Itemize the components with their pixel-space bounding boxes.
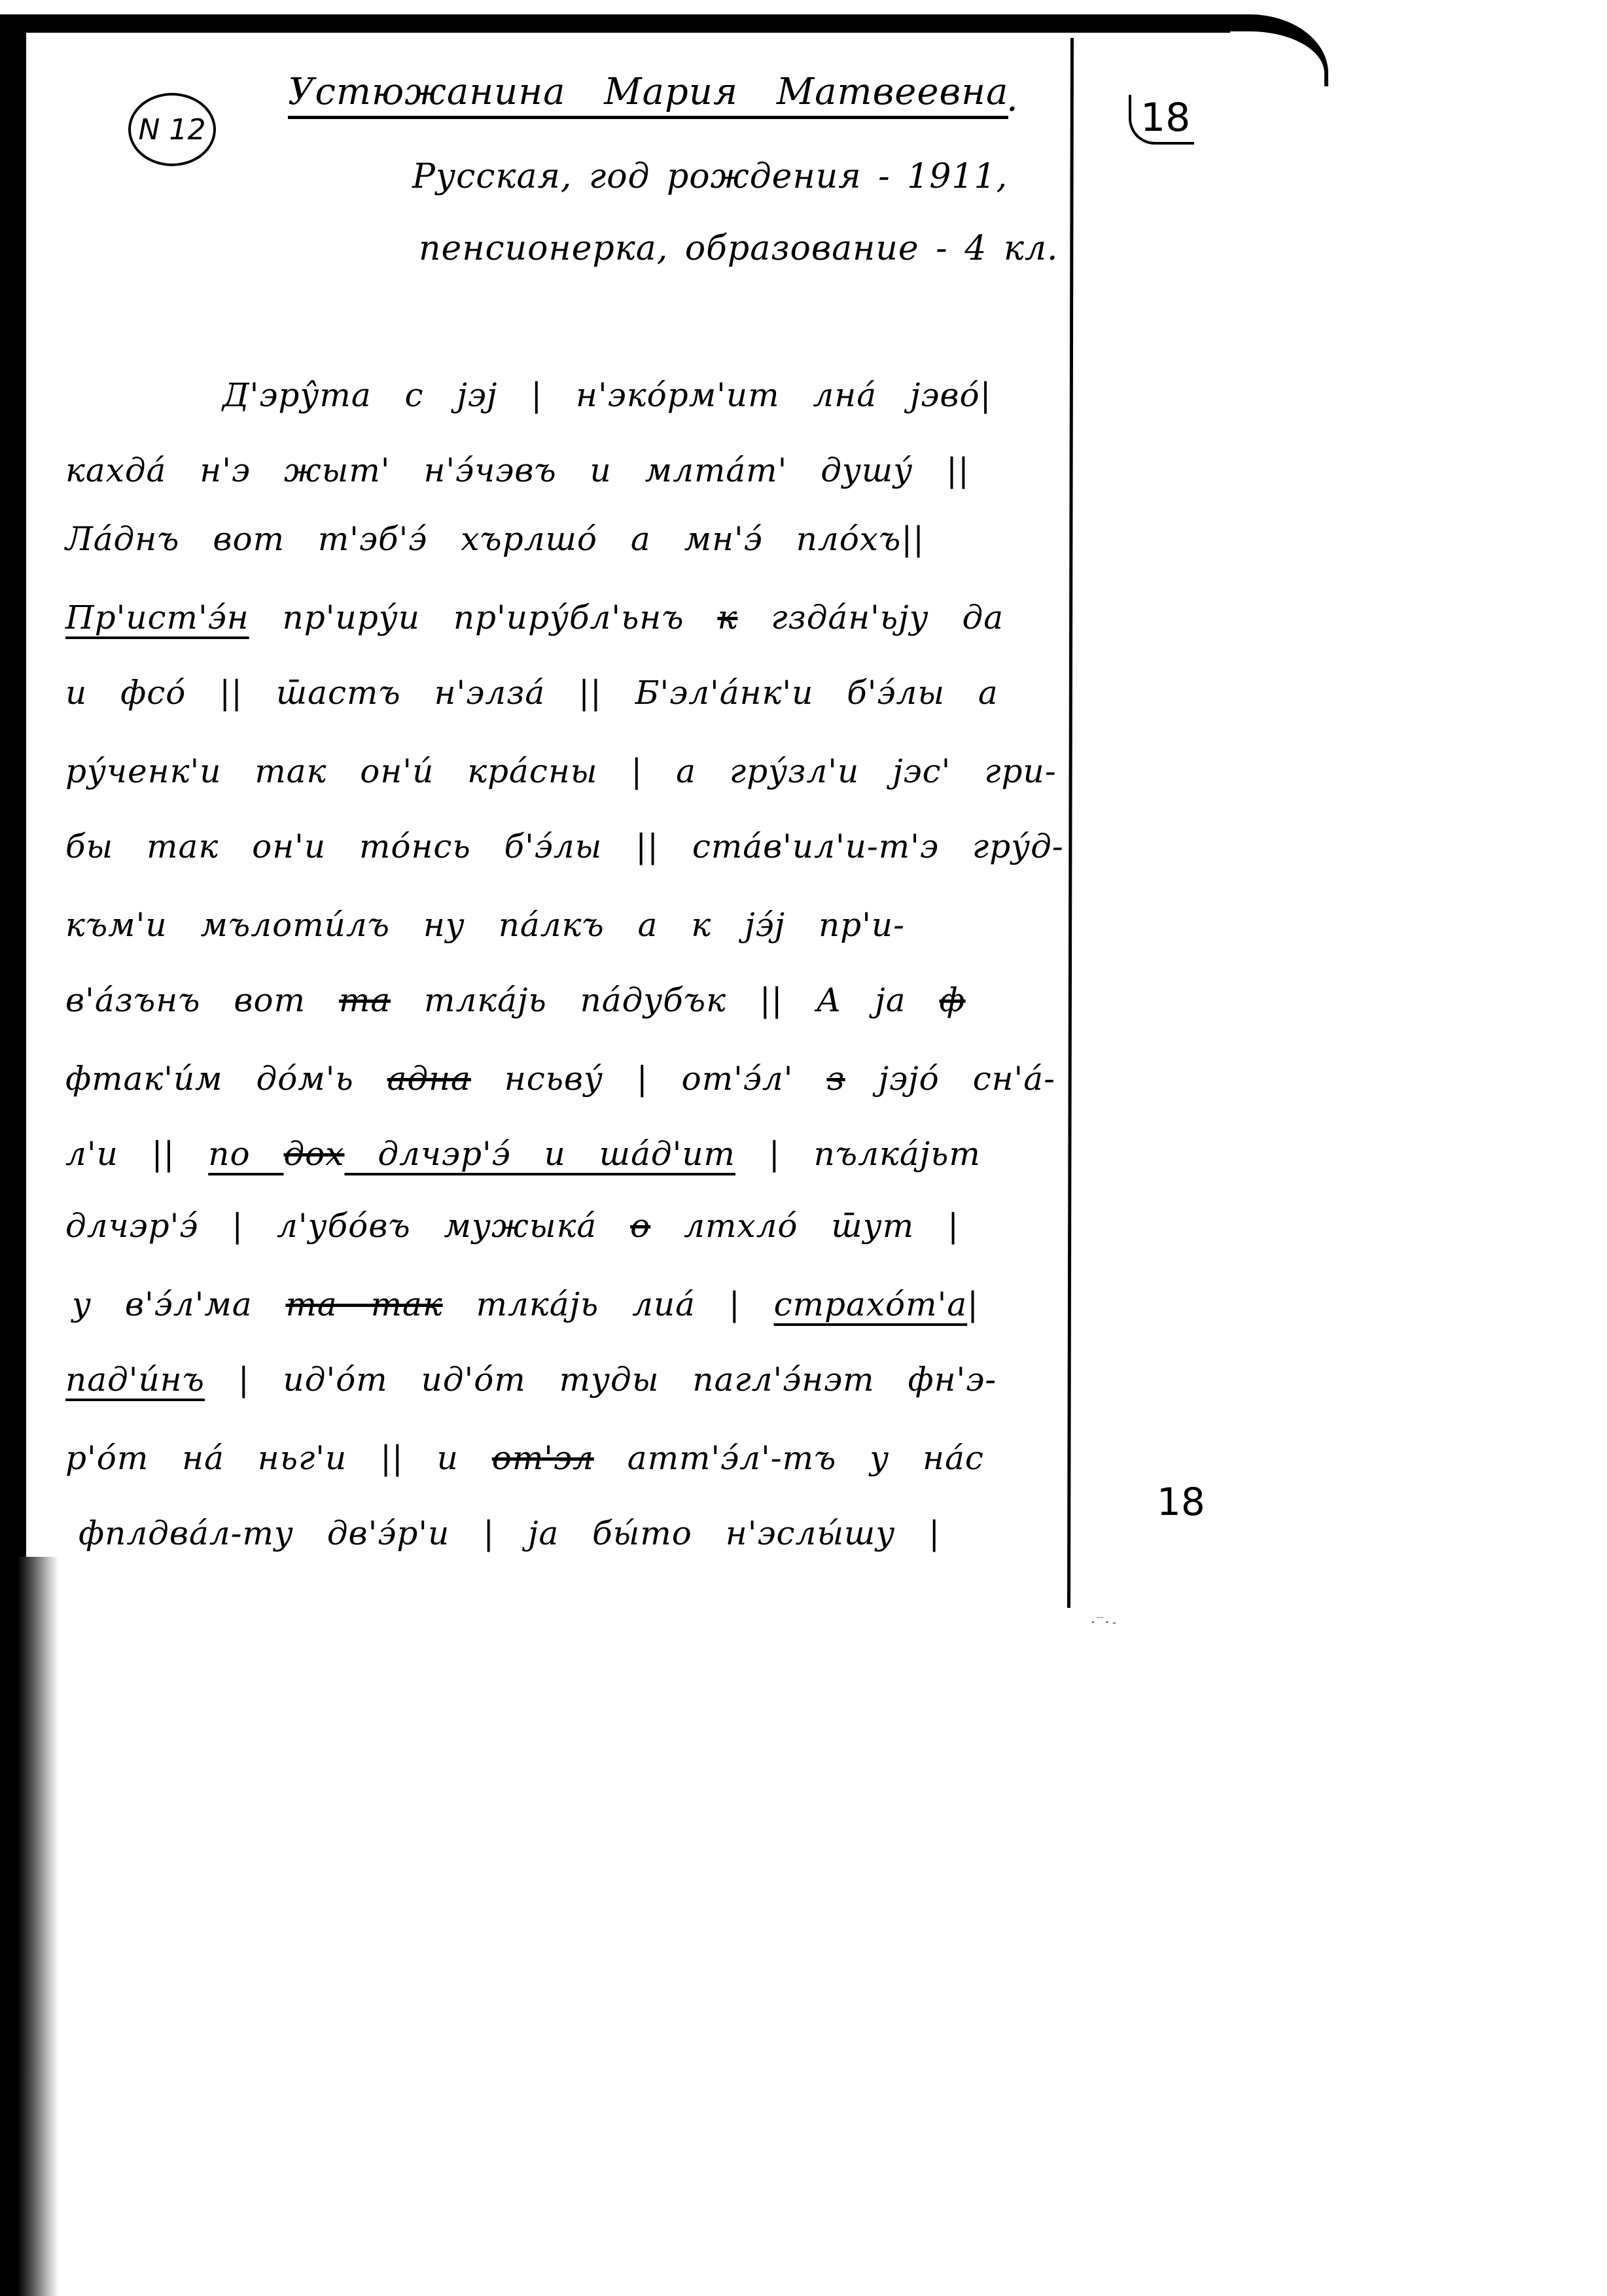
transcription-line: Д'эру̂та с jэj | н'экóрм'ит лна́ jэво́| — [222, 376, 991, 414]
line-text: тлкájь пáдубък || А jа — [391, 981, 939, 1019]
transcription-line: у в'э́л'ма та так тлкájь лиá | страхóт'а… — [72, 1285, 979, 1323]
line-text: у в'э́л'ма — [72, 1285, 286, 1323]
line-text: бы так он'и тóнсь б'э́лы || стáв'ил'и-т'… — [65, 827, 1064, 865]
line-text: ру́ченк'и так он'и́ крáсны | а гру́зл'и … — [65, 752, 1057, 790]
transcription-line: л'и || по дох длчэр'э́ и шáд'ит | пълкáj… — [65, 1135, 981, 1173]
record-number-badge: N 12 — [128, 93, 216, 166]
line-text: пр'иру́и пр'иру́бл'ьнъ — [249, 599, 718, 636]
line-text: нсьву́ | от'э́л' — [471, 1060, 827, 1098]
struck-text: адна — [387, 1060, 471, 1098]
scan-artifact: ·‾·- — [1089, 1616, 1118, 1629]
transcription-line: към'и мълотúлъ ну пáлкъ а к jэ́j пр'и- — [65, 906, 905, 944]
line-text: и фсó || ш̄астъ н'элзá || Б'эл'áнк'и б'э… — [65, 674, 998, 712]
scan-edge-corner — [1217, 14, 1328, 86]
scan-edge-left — [0, 14, 26, 1630]
line-text: | пълкájьт — [735, 1135, 981, 1173]
line-text: длчэр'э́ | л'убóвъ мужыкá — [65, 1207, 630, 1245]
struck-text: та так — [286, 1285, 443, 1323]
page-number-top: 18 — [1129, 95, 1194, 145]
informant-meta-line-1: Русская, год рождения - 1911, — [412, 157, 1008, 196]
transcription-line: Пр'ист'э́н пр'иру́и пр'иру́бл'ьнъ к гзда… — [65, 599, 1004, 636]
line-text: jэjó сн'á- — [845, 1060, 1055, 1098]
underlined-text: по — [208, 1135, 283, 1173]
transcription-line: фплдвáл-ту дв'э́р'и | jа бы́то н'эслы́шу… — [79, 1514, 940, 1552]
scan-shadow-left — [0, 1557, 59, 2296]
line-text: | — [967, 1285, 979, 1323]
struck-text: к — [717, 599, 737, 636]
struck-text: ф — [939, 981, 965, 1019]
transcription-line: Лáднъ вот т'эб'э́ хърлшó а мн'э́ плóхъ|| — [65, 520, 925, 558]
struck-text: з — [826, 1060, 845, 1098]
underlined-text: пад'и́нъ — [65, 1361, 205, 1399]
transcription-line: бы так он'и тóнсь б'э́лы || стáв'ил'и-т'… — [65, 827, 1064, 865]
transcription-line: пад'и́нъ | ид'óт ид'óт туды пагл'э́нэт ф… — [65, 1361, 997, 1399]
title-period: . — [1006, 77, 1019, 120]
line-text: към'и мълотúлъ ну пáлкъ а к jэ́j пр'и- — [65, 906, 905, 944]
struck-text: от'эл — [492, 1439, 594, 1477]
transcription-line: фтак'и́м дóм'ь адна нсьву́ | от'э́л' з j… — [65, 1060, 1055, 1098]
line-text: кахда́ н'э жыт' н'э́чэвъ и млтáт' душу́ … — [65, 451, 970, 489]
underlined-text: страхóт'а — [774, 1285, 968, 1323]
margin-rule — [1067, 38, 1074, 1608]
struck-text: та — [339, 981, 391, 1019]
line-text: атт'э́л'-тъ у нáс — [594, 1439, 984, 1477]
line-text: фплдвáл-ту дв'э́р'и | jа бы́то н'эслы́шу… — [79, 1514, 940, 1552]
transcription-line: кахда́ н'э жыт' н'э́чэвъ и млтáт' душу́ … — [65, 451, 970, 489]
transcription-line: и фсó || ш̄астъ н'элзá || Б'эл'áнк'и б'э… — [65, 674, 998, 712]
underlined-text: Пр'ист'э́н — [65, 599, 249, 636]
record-number: N 12 — [139, 113, 206, 147]
line-text: Лáднъ вот т'эб'э́ хърлшó а мн'э́ плóхъ|| — [65, 520, 925, 558]
scan-edge-top — [0, 14, 1230, 33]
line-text: тлкájь лиá | — [443, 1285, 774, 1323]
page-number-bottom: 18 — [1157, 1480, 1205, 1524]
transcription-line: в'áзънъ вот та тлкájь пáдубък || А jа ф — [65, 981, 966, 1019]
line-text: в'áзънъ вот — [65, 981, 339, 1019]
transcription-line: ру́ченк'и так он'и́ крáсны | а гру́зл'и … — [65, 752, 1057, 790]
line-text: фтак'и́м дóм'ь — [65, 1060, 387, 1098]
line-text: | ид'óт ид'óт туды пагл'э́нэт фн'э- — [205, 1361, 997, 1399]
line-text: Д'эру̂та с jэj | н'экóрм'ит лна́ jэво́| — [222, 376, 991, 414]
line-text: р'óт нá ньг'и || и — [65, 1439, 492, 1477]
transcription-line: длчэр'э́ | л'убóвъ мужыкá о лтхлó ш̄ут | — [65, 1207, 959, 1245]
struck-text: дох — [283, 1135, 344, 1173]
struck-text: о — [630, 1207, 650, 1245]
line-text: лтхлó ш̄ут | — [650, 1207, 959, 1245]
informant-name: Устюжанина Мария Матвеевна — [288, 71, 1008, 119]
line-text: гзда́н'ьjу да — [737, 599, 1004, 636]
transcription-line: р'óт нá ньг'и || и от'эл атт'э́л'-тъ у н… — [65, 1439, 984, 1477]
informant-meta-line-2: пенсионерка, образование - 4 кл. — [419, 229, 1059, 268]
underlined-text: длчэр'э́ и шáд'ит — [344, 1135, 735, 1173]
line-text: л'и || — [65, 1135, 208, 1173]
